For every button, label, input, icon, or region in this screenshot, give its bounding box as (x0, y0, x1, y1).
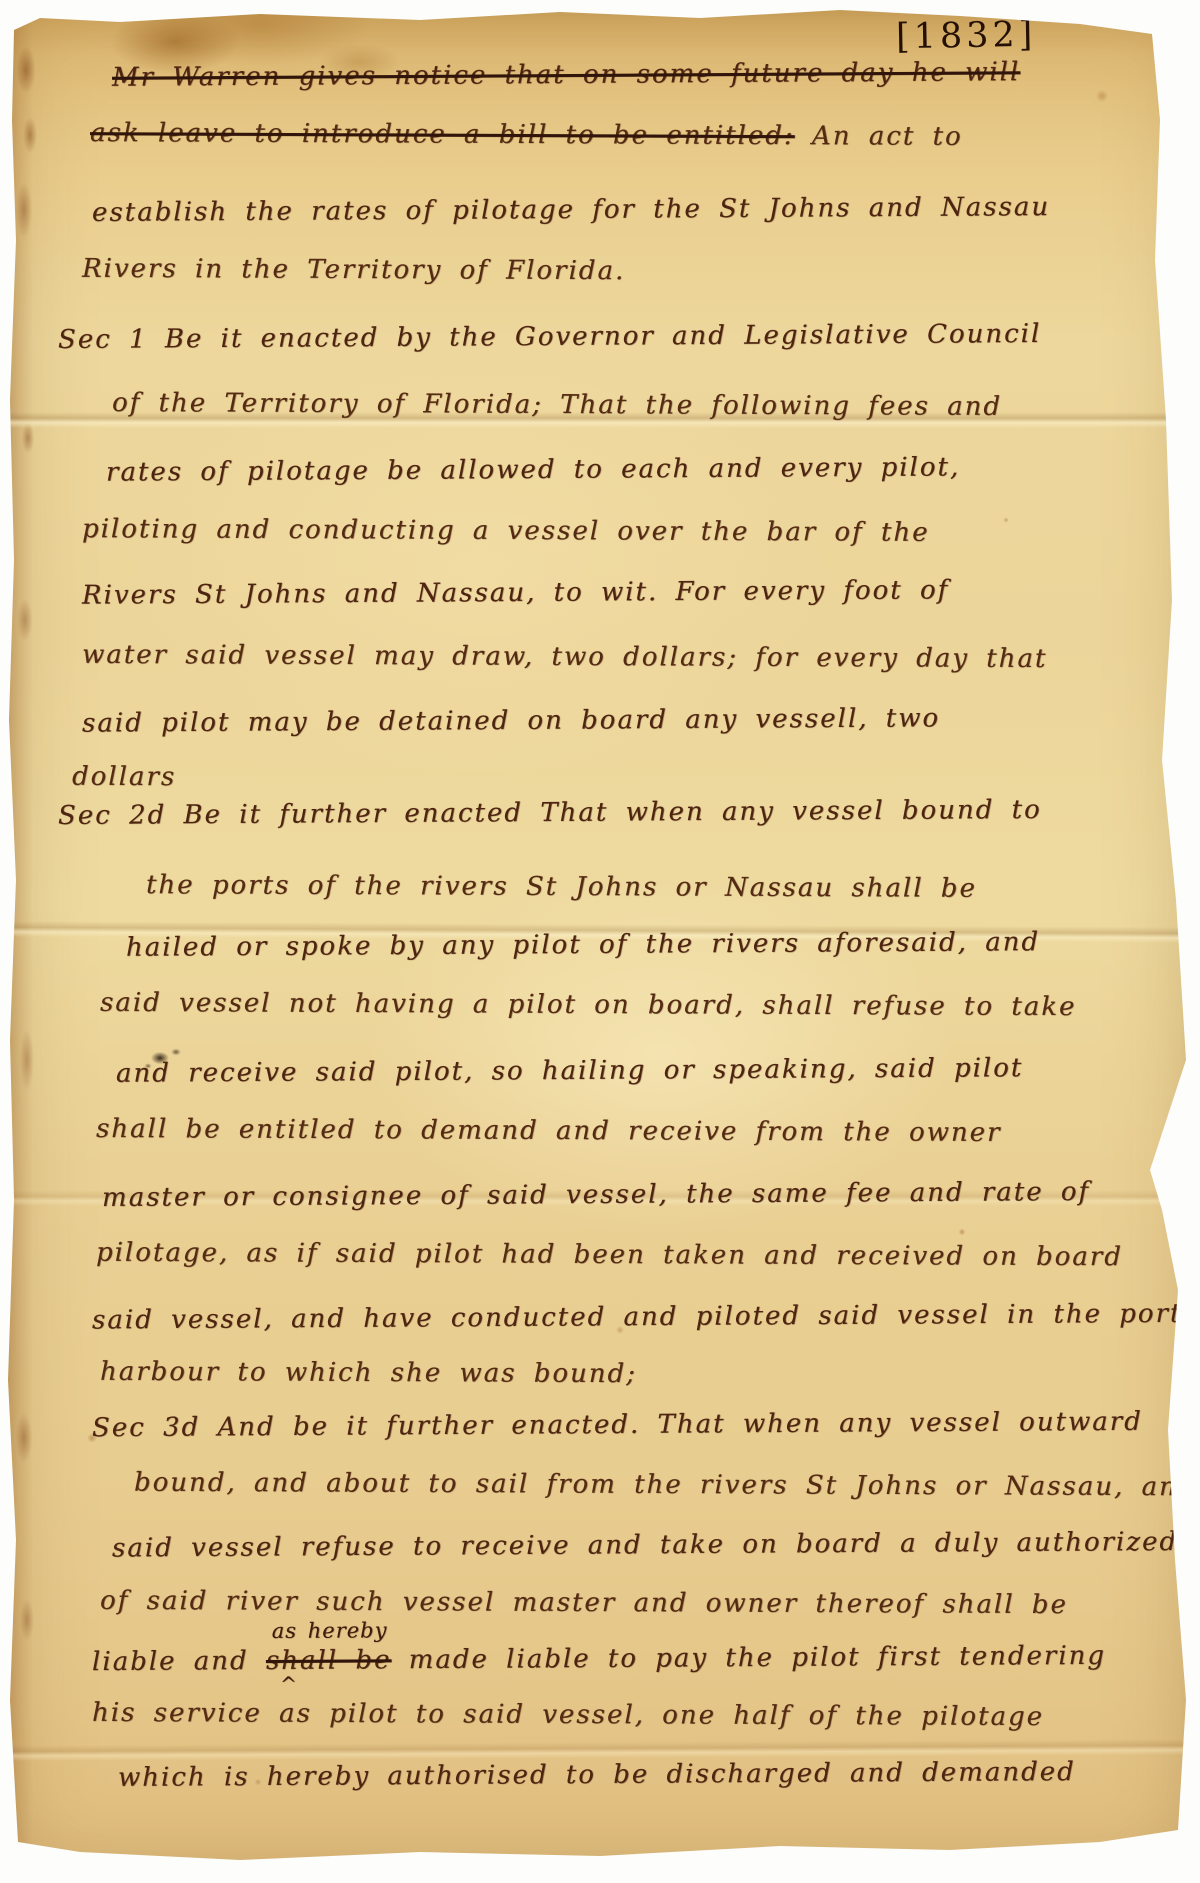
manuscript-line: his service as pilot to said vessel, one… (92, 1698, 1044, 1732)
manuscript-line: of the Territory of Florida; That the fo… (112, 388, 1002, 422)
manuscript-line: rates of pilotage be allowed to each and… (106, 452, 960, 487)
manuscript-line: piloting and conducting a vessel over th… (82, 514, 930, 548)
manuscript-line: hailed or spoke by any pilot of the rive… (126, 927, 1040, 963)
caret-mark: ^ (280, 1672, 299, 1696)
manuscript-paper: [1832] Mr Warren gives notice that on so… (0, 0, 1200, 1883)
manuscript-line: of said river such vessel master and own… (100, 1586, 1068, 1620)
manuscript-line: harbour to which she was bound; (100, 1357, 637, 1389)
interlinear-insertion: as hereby (272, 1618, 388, 1643)
manuscript-line: which is hereby authorised to be dischar… (118, 1757, 1076, 1793)
manuscript-line: the ports of the rivers St Johns or Nass… (146, 870, 977, 904)
manuscript-line: master or consignee of said vessel, the … (102, 1177, 1090, 1213)
manuscript-line: Sec 1 Be it enacted by the Governor and … (58, 319, 1041, 355)
manuscript-line: Rivers St Johns and Nassau, to wit. For … (82, 575, 949, 610)
manuscript-line: liable and shall beas hereby^ made liabl… (92, 1641, 1106, 1677)
manuscript-line: and receive said pilot, so hailing or sp… (116, 1053, 1023, 1089)
year-annotation: [1832] (896, 15, 1037, 57)
manuscript-line: said vessel not having a pilot on board,… (100, 988, 1077, 1022)
manuscript-line: Mr Warren gives notice that on some futu… (112, 57, 1020, 93)
manuscript-line: establish the rates of pilotage for the … (92, 192, 1050, 228)
manuscript-line: Sec 2d Be it further enacted That when a… (58, 795, 1042, 831)
manuscript-line: said pilot may be detained on board any … (82, 703, 940, 738)
scan-background: [1832] Mr Warren gives notice that on so… (0, 0, 1200, 1883)
manuscript-line: ask leave to introduce a bill to be enti… (90, 118, 963, 152)
manuscript-line: water said vessel may draw, two dollars;… (82, 640, 1047, 674)
manuscript-line: pilotage, as if said pilot had been take… (96, 1238, 1123, 1272)
manuscript-line: shall be entitled to demand and receive … (96, 1114, 1002, 1148)
manuscript-line: Sec 3d And be it further enacted. That w… (92, 1407, 1143, 1443)
manuscript-line: Rivers in the Territory of Florida. (82, 254, 625, 286)
amended-text: shall beas hereby^ (266, 1645, 392, 1676)
manuscript-line: bound, and about to sail from the rivers… (134, 1468, 1197, 1503)
manuscript-line: dollars (72, 762, 176, 792)
